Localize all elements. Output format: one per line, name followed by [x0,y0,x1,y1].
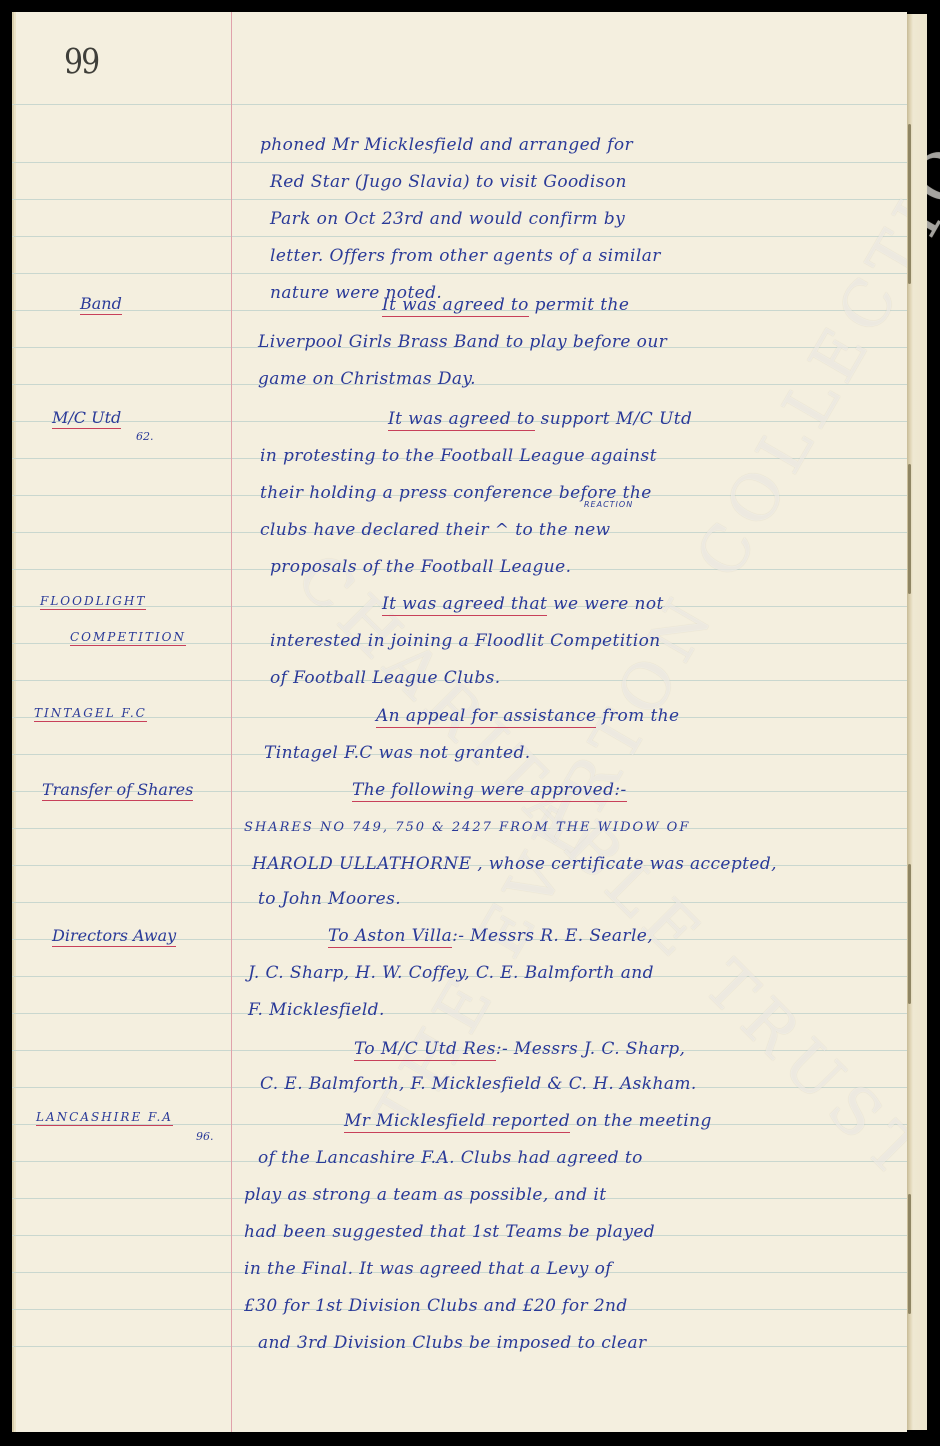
text-line: and 3rd Division Clubs be imposed to cle… [258,1333,647,1353]
book-page-edge [907,14,927,1430]
text-line: game on Christmas Day. [258,369,476,389]
text-line: It was agreed that we were not [382,594,664,614]
text-line: To Aston Villa:- Messrs R. E. Searle, [328,926,653,946]
text-line: Park on Oct 23rd and would confirm by [270,209,625,229]
text-line: SHARES NO 749, 750 & 2427 FROM THE WIDOW… [244,820,690,835]
margin-reference: 96. [196,1130,214,1143]
margin-label-transfer-of-shares: Transfer of Shares [42,780,193,801]
ledger-page: THE EVERTON COLLECTION CHARITABLE TRUST … [12,12,907,1432]
underlined-lead: An appeal for assistance [376,706,596,728]
margin-label-lancashire-fa: LANCASHIRE F.A [36,1110,173,1126]
margin-label-mc-utd: M/C Utd [52,408,121,429]
margin-reference: 62. [136,430,154,443]
text-line: Tintagel F.C was not granted. [264,743,531,763]
inserted-word: REACTION [584,500,633,509]
text-line: had been suggested that 1st Teams be pla… [244,1222,655,1242]
underlined-lead: To Aston Villa [328,926,452,948]
underlined-lead: It was agreed to [388,409,535,431]
ruled-line [12,1013,907,1014]
margin-label-directors-away: Directors Away [52,926,176,947]
text-line: clubs have declared their ^ to the new [260,520,611,540]
text-line: £30 for 1st Division Clubs and £20 for 2… [244,1296,628,1316]
underlined-lead: The following were approved:- [352,780,627,802]
text-line: To M/C Utd Res:- Messrs J. C. Sharp, [354,1039,685,1059]
text-line: C. E. Balmforth, F. Micklesfield & C. H.… [260,1074,697,1094]
ruled-line [12,199,907,200]
margin-label-tintagel: TINTAGEL F.C [34,706,147,722]
ruled-line [12,236,907,237]
text-line: J. C. Sharp, H. W. Coffey, C. E. Balmfor… [248,963,654,983]
text-line: play as strong a team as possible, and i… [244,1185,606,1205]
text-line: An appeal for assistance from the [376,706,680,726]
page-edge-tab [908,864,911,1004]
text-line: in protesting to the Football League aga… [260,446,657,466]
text-line: in the Final. It was agreed that a Levy … [244,1259,612,1279]
margin-label-competition: COMPETITION [70,630,186,646]
page-edge-tab [908,464,911,594]
text-line: phoned Mr Micklesfield and arranged for [260,135,633,155]
text-line: interested in joining a Floodlit Competi… [270,631,661,651]
underlined-lead: It was agreed that [382,594,547,616]
text-line: F. Micklesfield. [248,1000,385,1020]
text-line: of Football League Clubs. [270,668,501,688]
text-line: It was agreed to support M/C Utd [388,409,692,429]
page-edge-tab [908,1194,911,1314]
text-line: to John Moores. [258,889,401,909]
underlined-lead: To M/C Utd Res [354,1039,496,1061]
margin-label-floodlight: FLOODLIGHT [40,594,146,610]
ruled-line [12,104,907,105]
text-line: Mr Micklesfield reported on the meeting [344,1111,712,1131]
ruled-line [12,273,907,274]
text-line: The following were approved:- [352,780,627,800]
text-line: of the Lancashire F.A. Clubs had agreed … [258,1148,643,1168]
text-line: proposals of the Football League. [270,557,571,577]
text-line: It was agreed to permit the [382,295,629,315]
page-number: 99 [64,42,98,82]
text-line: Red Star (Jugo Slavia) to visit Goodison [270,172,627,192]
ruled-line [12,162,907,163]
text-line: Liverpool Girls Brass Band to play befor… [258,332,667,352]
text-line: letter. Offers from other agents of a si… [270,246,661,266]
underlined-lead: It was agreed to [382,295,529,317]
page-edge-tab [908,124,911,284]
underlined-lead: Mr Micklesfield reported [344,1111,570,1133]
margin-rule [231,12,232,1432]
margin-label-band: Band [80,294,122,315]
ruled-line [12,902,907,903]
text-line: HAROLD ULLATHORNE , whose certificate wa… [252,854,777,874]
